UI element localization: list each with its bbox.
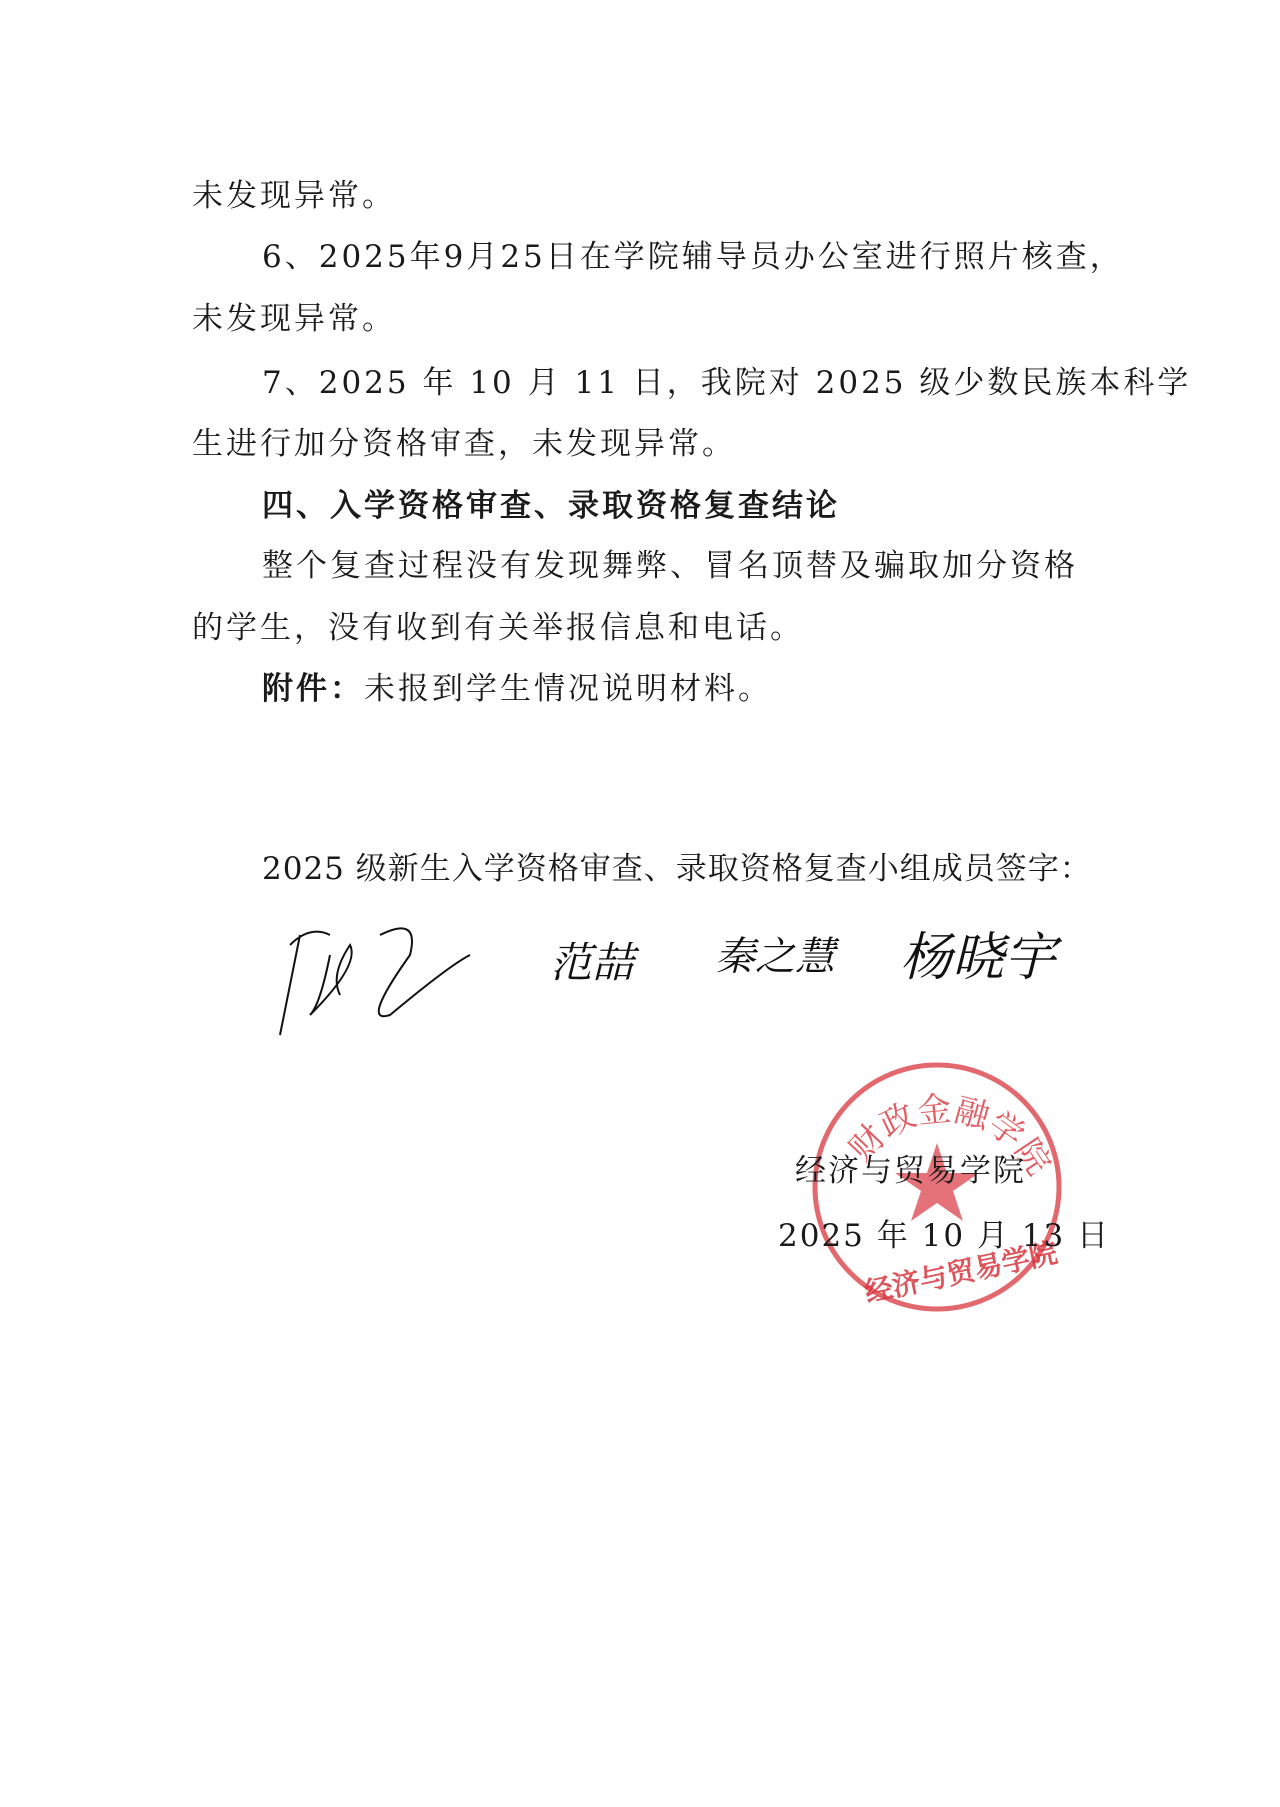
signature-3: 秦之慧 [715, 925, 835, 982]
paragraph-line: 的学生，没有收到有关举报信息和电话。 [192, 602, 804, 647]
signature-1 [270, 905, 480, 1045]
signature-4: 杨晓宇 [900, 915, 1056, 990]
paragraph-line: 生进行加分资格审查，未发现异常。 [192, 418, 736, 463]
section-heading: 四、入学资格审查、录取资格复查结论 [262, 480, 840, 525]
paragraph-line: 整个复查过程没有发现舞弊、冒名顶替及骗取加分资格 [262, 540, 1078, 585]
paragraph-line: 未发现异常。 [192, 170, 396, 215]
paragraph-line: 7、2025 年 10 月 11 日，我院对 2025 级少数民族本科学 [262, 357, 1191, 402]
document-date: 2025 年 10 月 13 日 [778, 1210, 1110, 1255]
signature-2: 范喆 [550, 930, 634, 990]
attachment-text: 未报到学生情况说明材料。 [364, 671, 772, 707]
organization-name: 经济与贸易学院 [795, 1145, 1026, 1190]
signature-caption: 2025 级新生入学资格审查、录取资格复查小组成员签字： [262, 843, 1092, 888]
paragraph-line: 未发现异常。 [192, 293, 396, 338]
attachment-label: 附件： [262, 671, 364, 707]
attachment-line: 附件：未报到学生情况说明材料。 [262, 663, 772, 708]
paragraph-line: 6、2025年9月25日在学院辅导员办公室进行照片核查， [262, 231, 1124, 276]
